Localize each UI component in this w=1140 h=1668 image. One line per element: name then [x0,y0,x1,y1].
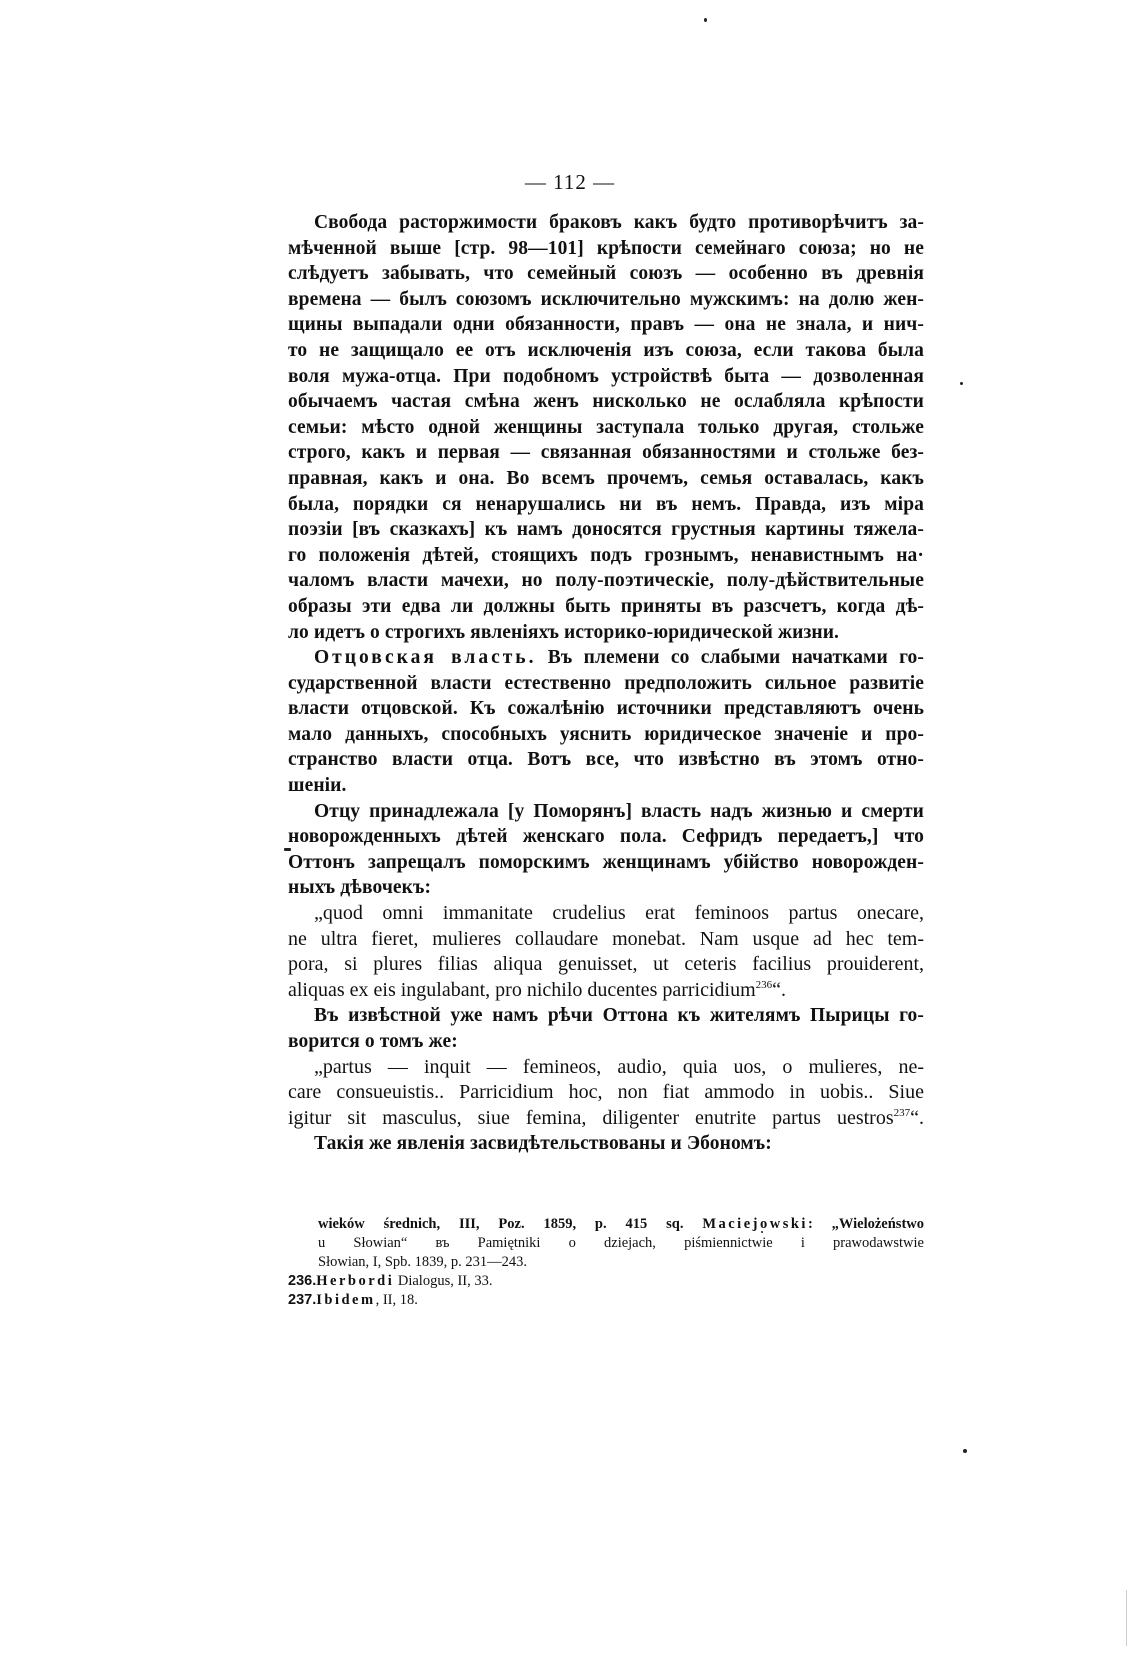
text-line: мало данныхъ, способныхъ уяснить юридиче… [288,722,924,748]
text-line: щины выпадали одни обязанности, правъ — … [288,312,924,338]
text-line: образы эти едва ли должны быть приняты в… [288,594,924,620]
text-line: была, порядки ся ненарушались ни въ немъ… [288,492,924,518]
text-line: Такія же явленія засвидѣтельствованы и Э… [288,1131,924,1157]
text-line: го положенія дѣтей, стоящихъ подъ грозны… [288,543,924,569]
text-line: Свобода расторжимости браковъ какъ будто… [288,210,924,236]
scan-speck [963,1449,967,1453]
text-line: времена — былъ союзомъ исключительно муж… [288,287,924,313]
quote-line: pora, si plures filias aliqua genuisset,… [288,952,924,978]
text-line: Отцовская власть. Въ племени со слабыми … [288,645,924,671]
text-line: чаломъ власти мачехи, но полу-поэтическі… [288,568,924,594]
latin-quote-herbord: „quod omni immanitate crudelius erat fem… [288,901,924,1003]
text-line: правная, какъ и она. Во всемъ прочемъ, с… [288,466,924,492]
footnote-author: Maciejowski [702,1216,808,1232]
text-line: обычаемъ частая смѣна женъ нисколько не … [288,389,924,415]
quote-close: “. [772,979,786,1001]
text-line: Оттонъ запрещалъ поморскимъ женщинамъ уб… [288,850,924,876]
text-line: ворится о томъ же: [288,1029,924,1055]
quote-line: ne ultra fieret, mulieres collaudare mon… [288,927,924,953]
footnote-number: 236. [288,1273,316,1289]
quote-line: care consueuistis.. Parricidium hoc, non… [288,1080,924,1106]
footnote-author: Ibidem [316,1292,375,1308]
paragraph-pyritz-speech: Въ извѣстной уже намъ рѣчи Оттона къ жит… [288,1003,924,1054]
footnote-ref-237: 237 [894,1107,911,1119]
text-line: Отцу принадлежала [у Поморянъ] власть на… [288,799,924,825]
footnote-text: : „Wielożeństwo [808,1216,924,1232]
footnote-ref-236: 236 [756,979,773,991]
scan-speck [960,382,963,385]
paragraph-ebbo: Такія же явленія засвидѣтельствованы и Э… [288,1131,924,1157]
section-heading-continuation: Въ племени со слабыми начатками го- [548,647,924,668]
footnote-236: 236.Herbordi Dialogus, II, 33. [288,1272,924,1291]
quote-line: igitur sit masculus, siue femina, dilige… [288,1106,924,1132]
scan-edge-line [1126,1590,1127,1646]
text-line: Въ извѣстной уже намъ рѣчи Оттона къ жит… [288,1003,924,1029]
section-paternal-authority: Отцовская власть. Въ племени со слабыми … [288,645,924,799]
text-line: сударственной власти естественно предпол… [288,671,924,697]
text-line: слѣдуетъ забывать, что семейный союзъ — … [288,261,924,287]
footnote-text: wieków średnich, III, Poz. 1859, p. 415 … [318,1216,702,1232]
text-line: семьи: мѣсто одной женщины заступала тол… [288,415,924,441]
paragraph-divorce: Свобода расторжимости браковъ какъ будто… [288,210,924,645]
quote-close: “. [910,1107,924,1129]
footnote-237: 237.Ibidem, II, 18. [288,1291,924,1310]
quote-text: aliquas ex eis ingulabant, pro nichilo d… [288,979,756,1001]
text-line: строго, какъ и первая — связанная обязан… [288,440,924,466]
main-text: Свобода расторжимости браковъ какъ будто… [288,210,924,1157]
quote-line: „quod omni immanitate crudelius erat fem… [288,901,924,927]
text-line: мѣченной выше [стр. 98—101] крѣпости сем… [288,236,924,262]
paragraph-pomeranians: Отцу принадлежала [у Поморянъ] власть на… [288,799,924,901]
scan-speck [761,1231,763,1233]
footnote-text: Dialogus, II, 33. [394,1273,492,1289]
text-line: власти отцовской. Къ сожалѣнію источники… [288,696,924,722]
scan-speck [284,848,291,851]
footnote-continuation-line: wieków średnich, III, Poz. 1859, p. 415 … [288,1215,924,1234]
quote-line: aliquas ex eis ingulabant, pro nichilo d… [288,978,924,1004]
page-number: — 112 — [0,170,1140,195]
text-line: ныхъ дѣвочекъ: [288,875,924,901]
footnote-number: 237. [288,1292,316,1308]
text-line: ло идетъ о строгихъ явленіяхъ историко-ю… [288,620,924,646]
footnote-continuation-line: u Słowian“ въ Pamiętniki o dziejach, piś… [288,1234,924,1253]
text-line: поэзіи [въ сказкахъ] къ намъ доносятся г… [288,517,924,543]
footnote-text: , II, 18. [376,1292,418,1308]
scan-speck [704,18,707,22]
latin-quote-otto: „partus — inquit — femineos, audio, quia… [288,1055,924,1132]
quote-line: „partus — inquit — femineos, audio, quia… [288,1055,924,1081]
footnotes: wieków średnich, III, Poz. 1859, p. 415 … [288,1215,924,1310]
section-heading: Отцовская власть. [314,647,537,668]
text-line: новорожденныхъ дѣтей женскаго пола. Сефр… [288,824,924,850]
footnote-author: Herbordi [316,1273,394,1289]
text-line: шеніи. [288,773,924,799]
text-line: странство власти отца. Вотъ все, что изв… [288,747,924,773]
quote-text: igitur sit masculus, siue femina, dilige… [288,1107,894,1129]
footnote-continuation-line: Słowian, I, Spb. 1839, p. 231—243. [288,1253,924,1272]
text-line: то не защищало ее отъ исключенія изъ сою… [288,338,924,364]
text-line: воля мужа-отца. При подобномъ устройствѣ… [288,364,924,390]
